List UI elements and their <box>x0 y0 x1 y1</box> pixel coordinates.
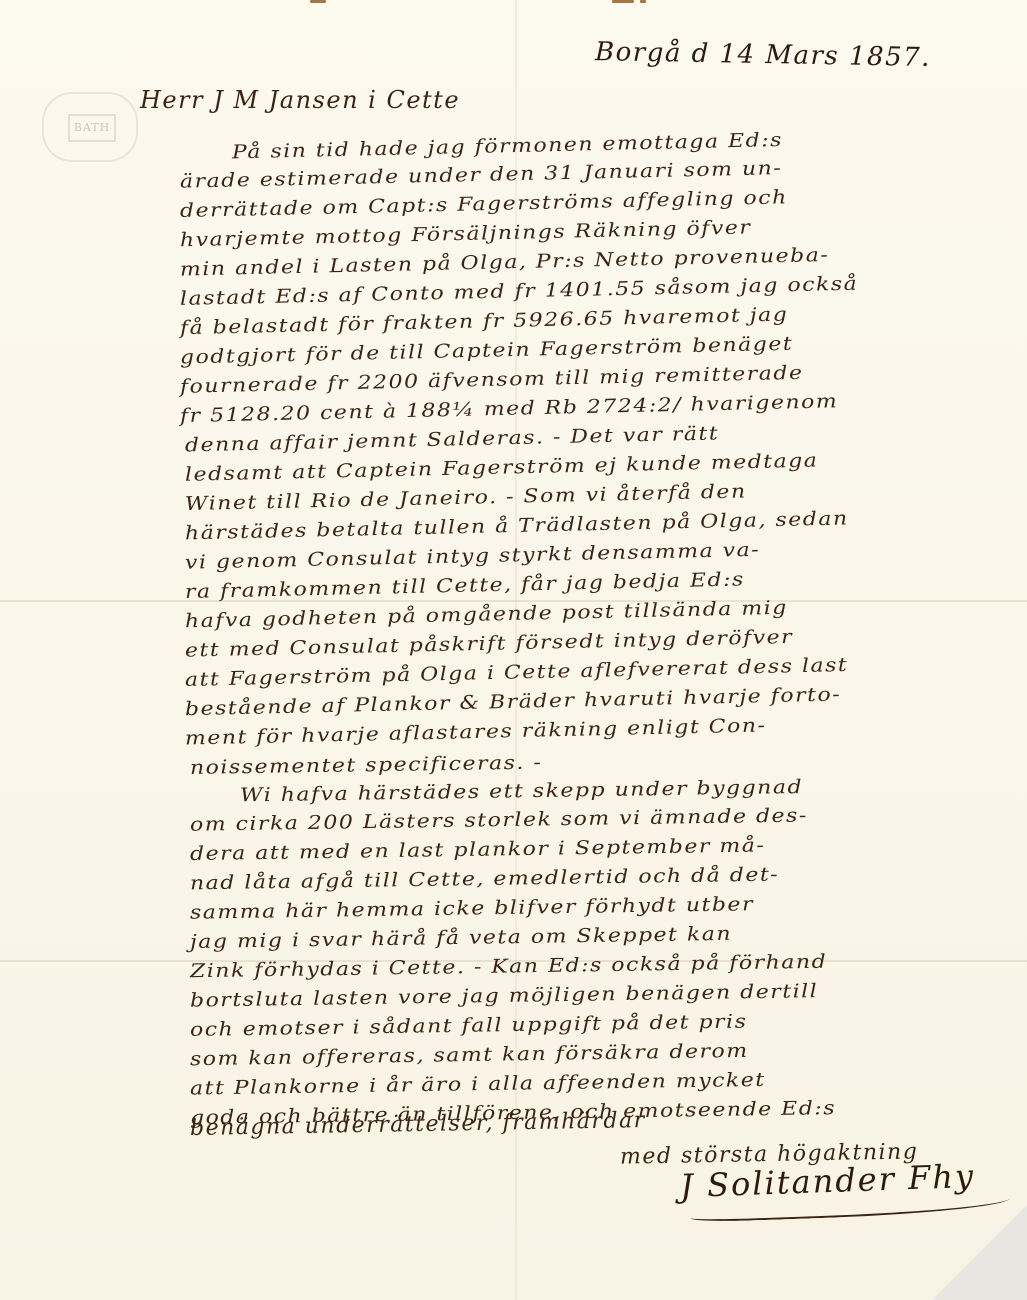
body-line: få belastadt för frakten fr 5926.65 hvar… <box>180 304 789 339</box>
body-line: som kan offereras, samt kan försäkra der… <box>190 1040 749 1070</box>
body-line: hvarjemte mottog Försäljnings Räkning öf… <box>180 217 752 251</box>
body-line: ra framkommen till Cette, får jag bedja … <box>185 569 745 603</box>
body-line: och emotser i sådant fall uppgift på det… <box>190 1011 748 1041</box>
body-line: om cirka 200 Lästers storlek som vi ämna… <box>190 805 808 836</box>
body-line: noissementet specificeras. - <box>190 752 543 779</box>
body-line: att Plankorne i år äro i alla affeenden … <box>190 1069 766 1099</box>
body-line: samma här hemma icke blifver förhydt utb… <box>190 894 754 924</box>
body-line: fr 5128.20 cent à 188¼ med Rb 2724:2/ hv… <box>180 391 839 427</box>
letter-body: På sin tid hade jag förmonen emottaga Ed… <box>0 20 1027 1141</box>
body-line: godtgjort för de till Captein Fagerström… <box>180 333 794 368</box>
body-line: ett med Consulat påskrift försedt intyg … <box>185 627 794 662</box>
folded-page-corner <box>932 1205 1027 1300</box>
body-line: Wi hafva härstädes ett skepp under byggn… <box>240 777 804 807</box>
body-line: bortsluta lasten vore jag möjligen benäg… <box>190 981 819 1012</box>
body-line: Zink förhydas i Cette. - Kan Ed:s också … <box>190 951 828 982</box>
top-edge-ink-marks <box>300 0 700 10</box>
body-line: jag mig i svar härå få veta om Skeppet k… <box>190 923 732 953</box>
body-line: derrättade om Capt:s Fagerströms affegli… <box>180 187 788 222</box>
body-line: På sin tid hade jag förmonen emottaga Ed… <box>232 130 784 164</box>
body-line: dera att med en last plankor i September… <box>190 835 766 865</box>
body-line: denna affair jemnt Salderas. - Det var r… <box>185 423 720 457</box>
body-line: Winet till Rio de Janeiro. - Som vi åter… <box>185 481 747 515</box>
body-line: hafva godheten på omgående post tillsänd… <box>185 597 788 632</box>
body-line: ment för hvarje aflastares räkning enlig… <box>185 715 767 750</box>
body-line: fournerade fr 2200 äfvensom till mig rem… <box>180 362 804 398</box>
body-line: ärade estimerade under den 31 Januari so… <box>180 158 783 193</box>
body-line: nad låta afgå till Cette, emedlertid och… <box>190 864 780 894</box>
body-line: vi genom Consulat intyg styrkt densamma … <box>185 539 761 574</box>
